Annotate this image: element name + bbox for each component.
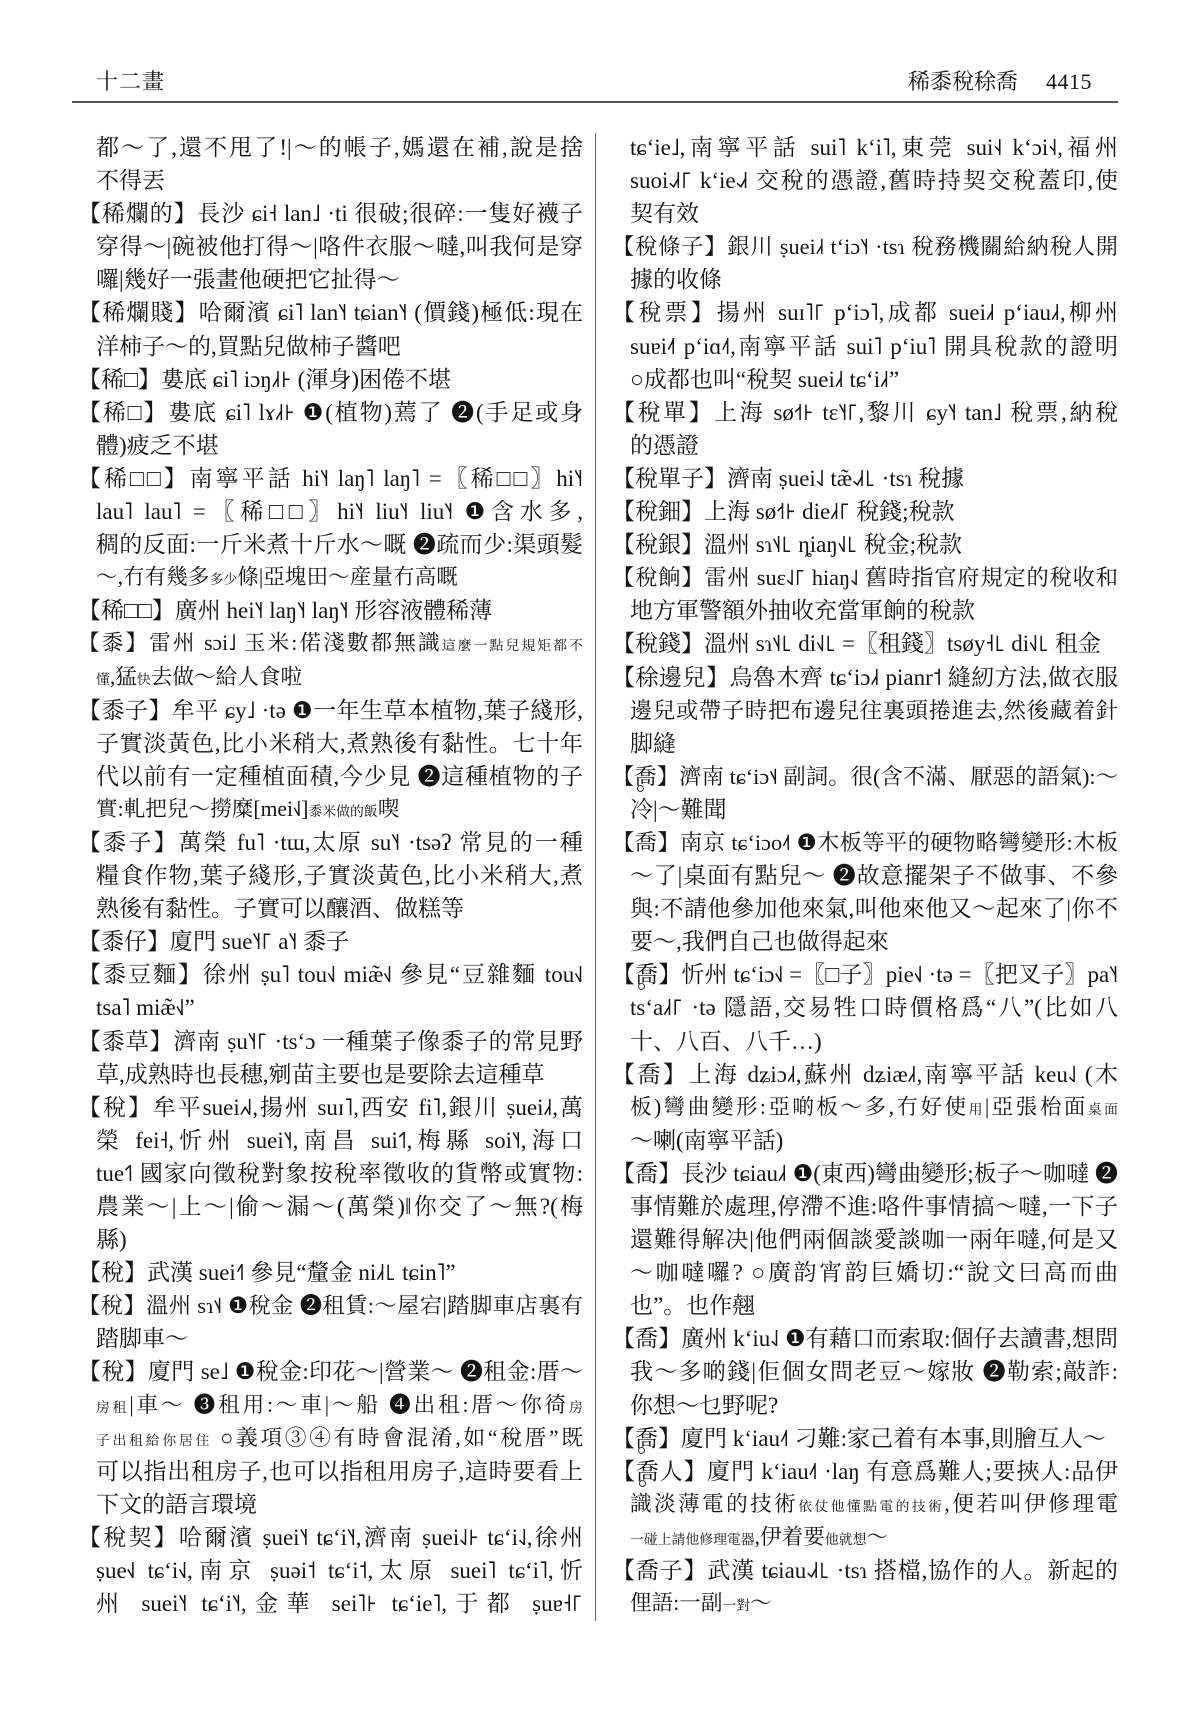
entry-text: 【稅鈿】上海 sø˧˦꜔ die˩˧꜒ 稅錢;稅款 bbox=[612, 499, 954, 524]
entry-text: 農業～|上～|偷～漏～(萬榮)‖你交了～無?(梅 bbox=[96, 1194, 583, 1219]
entry-text: 【稅票】揚州 suɪ˥꜒ pʻiɔ˥,成都 suei˩˧ pʻiau˩˧,柳州 bbox=[612, 300, 1118, 325]
entry-head-line: 【喬子】武漢 tɕiau˨˩˧꜖ ·tsɿ 搭檔,協作的人。新起的 bbox=[612, 1554, 1118, 1587]
entry-continuation-line: 房租|車～ ❸租用:～車|～船 ❹出租:厝～你徛房 bbox=[78, 1389, 583, 1422]
entry-head-line: 【喬】廈門 kʻiau˨˦ 刁難:家己着有本事,則膾互人～ bbox=[612, 1422, 1118, 1455]
entry-text: 【稅錢】溫州 sɿ˦˨꜖ di˧˩꜖ =〖租錢〗tsøy˧꜖ di˧˩꜖ 租金 bbox=[612, 631, 1101, 656]
entry-continuation-line: 也”。也作翹 bbox=[612, 1289, 1118, 1322]
gloss-text: 用 bbox=[969, 1102, 985, 1117]
entry-continuation-line: 都～了,還不甩了!|～的帳子,媽還在補,說是捨 bbox=[78, 131, 583, 164]
entry-head-line: 【喬】濟南 tɕʻiɔ˦˨ 副詞。很(含不滿、厭惡的語氣):～ bbox=[612, 760, 1118, 793]
entry-head-line: 【喬】上海 dʑiɔ˩˧,蘇州 dʑiæ˩˧,南寧平話 keu˨˩ (木 bbox=[612, 1058, 1118, 1091]
entry-text: 【稅餉】雷州 suɛ˨˩꜒ hiaŋ˨˩ 舊時指官府規定的稅收和 bbox=[612, 565, 1118, 590]
entry-text: 喫 bbox=[378, 797, 400, 821]
gloss-text: 依仗他懂點電的技術 bbox=[798, 1499, 944, 1514]
entry-text: tsa˥ miæ̃˧˩” bbox=[96, 995, 195, 1020]
entry-continuation-line: 縣) bbox=[78, 1223, 583, 1256]
entry-head-line: 【稀□□】廣州 hei˥˧ laŋ˥˧ laŋ˥˧ 形容液體稀薄 bbox=[78, 594, 583, 627]
headword-char-ring-mark: 喬 bbox=[634, 760, 656, 793]
entry-text: tɕʻie˩,南寧平話 sui˥ kʻi˥,東莞 sui˧˨ kʻɔi˧˨,福州 bbox=[630, 135, 1118, 160]
headword-char-ring-mark: 喬 bbox=[635, 958, 658, 991]
entry-continuation-line: 懂,猛快去做～給人食啦 bbox=[78, 661, 583, 694]
entry-text: 【喬】上海 dʑiɔ˩˧,蘇州 dʑiæ˩˧,南寧平話 keu˨˩ (木 bbox=[612, 1062, 1118, 1087]
entry-continuation-line: 可以指出租房子,也可以指租用房子,這時要看上 bbox=[78, 1455, 583, 1488]
entry-text: 囉|幾好一張畫他硬把它扯得～ bbox=[96, 267, 400, 292]
gloss-text: 一碰上請他修理電器 bbox=[630, 1532, 755, 1547]
entry-text: 識淡薄電的技術 bbox=[630, 1492, 798, 1516]
entry-text: 與:不請他參加他來氣,叫他來他又～起來了|你不 bbox=[630, 896, 1118, 921]
entry-text: tsʻa˩˧꜒ ·tə 隱語,交易牲口時價格爲“八”(比如八 bbox=[630, 995, 1118, 1020]
entry-continuation-line: 農業～|上～|偷～漏～(萬榮)‖你交了～無?(梅 bbox=[78, 1190, 583, 1223]
entry-text: 【稅銀】溫州 sɿ˦˨꜖ ȵiaŋ˧˩꜖ 稅金;稅款 bbox=[612, 532, 962, 557]
entry-text: 冷|～難聞 bbox=[630, 797, 727, 822]
entry-head-line: 【稌邊兒】烏魯木齊 tɕʻiɔ˩˧ pianr˦ 縫紉方法,做衣服 bbox=[612, 661, 1118, 694]
entry-continuation-line: ～,冇有幾多多少條|亞塊田～産量冇高嘅 bbox=[78, 561, 583, 594]
entry-text: |車～ ❸租用:～車|～船 ❹出租:厝～你徛 bbox=[129, 1393, 569, 1417]
entry-head-line: 【稅錢】溫州 sɿ˦˨꜖ di˧˩꜖ =〖租錢〗tsøy˧꜖ di˧˩꜖ 租金 bbox=[612, 627, 1118, 660]
entry-text: suoi˨˩˧꜒ kʻie˨˩˧ 交稅的憑證,舊時持契交稅蓋印,使 bbox=[630, 168, 1118, 193]
entry-text: ～ bbox=[750, 1591, 772, 1615]
entry-continuation-line: 冷|～難聞 bbox=[612, 793, 1118, 826]
entry-head-line: 【稅單子】濟南 ṣuei˨˩ tæ̃˨˩˧꜖ ·tsɿ 稅據 bbox=[612, 462, 1118, 495]
gloss-text: 懂 bbox=[96, 672, 110, 687]
running-header: 稀黍稅稌喬4415 bbox=[908, 67, 1092, 97]
entry-text: 【喬子】武漢 tɕiau˨˩˧꜖ ·tsɿ 搭檔,協作的人。新起的 bbox=[612, 1558, 1118, 1583]
entry-text: ṣue˧˩ tɕʻi˧˩,南京 ṣuəi˦ tɕʻi˦,太原 suei˥ tɕʻ… bbox=[96, 1558, 583, 1583]
header-rule bbox=[72, 101, 1118, 103]
entry-text: 稠的反面:一斤米煮十斤水～嘅 ❷疏而少:渠頭髮 bbox=[96, 532, 583, 557]
entry-head-line: 【黍】雷州 sɔi˩ 玉米:偌淺數都無識這麼一點兒規矩都不 bbox=[78, 627, 583, 660]
entry-head-line: 【稀□】婁底 ɕi˥ lɤ˩˧꜔ ❶(植物)蔫了 ❷(手足或身 bbox=[78, 396, 583, 429]
gloss-text: 桌面 bbox=[1088, 1102, 1118, 1117]
dictionary-page: 十二畫 稀黍稅稌喬4415 都～了,還不甩了!|～的帳子,媽還在補,說是捨不得丟… bbox=[0, 0, 1200, 1724]
entry-text: 下文的語言環境 bbox=[96, 1492, 257, 1517]
entry-continuation-line: ○成都也叫“稅契 suei˩˧ tɕʻi˩˧” bbox=[612, 363, 1118, 396]
entry-head-line: 【黍仔】廈門 sue˥˧꜒ a˥˧ 黍子 bbox=[78, 925, 583, 958]
entry-text: 實:軋把兒～撈糜[mei˧˩] bbox=[96, 797, 309, 821]
entry-head-line: 【黍子】萬榮 fu˥ ·tɯ,太原 su˥˧ ·tsəʔ 常見的一種 bbox=[78, 826, 583, 859]
entry-continuation-line: 我～多啲錢|佢個女問老豆～嫁妝 ❷勒索;敲詐: bbox=[612, 1355, 1118, 1388]
entry-text: ,便若叫伊修理電 bbox=[944, 1492, 1118, 1516]
page-number: 4415 bbox=[1046, 69, 1092, 94]
entry-text: 【 bbox=[612, 1459, 636, 1484]
entry-continuation-line: tue˦˥ 國家向徵稅對象按稅率徵收的貨幣或實物: bbox=[78, 1157, 583, 1190]
entry-text: ○義項③④有時會混淆,如“稅厝”既 bbox=[212, 1426, 583, 1450]
entry-continuation-line: 的憑證 bbox=[612, 429, 1118, 462]
entry-text: 【 bbox=[612, 962, 635, 987]
entry-continuation-line: 子出租給你居住 ○義項③④有時會混淆,如“稅厝”既 bbox=[78, 1422, 583, 1455]
gloss-text: 快 bbox=[137, 672, 151, 687]
entry-text: 我～多啲錢|佢個女問老豆～嫁妝 ❷勒索;敲詐: bbox=[630, 1359, 1118, 1384]
gloss-text: 黍米做的飯 bbox=[309, 804, 378, 819]
entry-text: 】廈門 kʻiau˨˦ 刁難:家己着有本事,則膾互人～ bbox=[658, 1426, 1106, 1451]
entry-text: tue˦˥ 國家向徵稅對象按稅率徵收的貨幣或實物: bbox=[96, 1161, 583, 1186]
entry-continuation-line: suoi˨˩˧꜒ kʻie˨˩˧ 交稅的憑證,舊時持契交稅蓋印,使 bbox=[612, 164, 1118, 197]
entry-text: 【稅】牟平suei˩˧˩,揚州 suɪ˥,西安 fi˥,銀川 ṣuei˩˧,萬 bbox=[78, 1095, 583, 1120]
entry-text: 【稅】武漢 suei˧˥ 參見“釐金 ni˩˧꜖ tɕin˥” bbox=[78, 1260, 456, 1285]
entry-head-line: 【喬】長沙 tɕiau˩˧ ❶(東西)彎曲變形;板子～咖噠 ❷ bbox=[612, 1157, 1118, 1190]
entry-text: 【稅單子】濟南 ṣuei˨˩ tæ̃˨˩˧꜖ ·tsɿ 稅據 bbox=[612, 466, 964, 491]
entry-head-line: 【稅鈿】上海 sø˧˦꜔ die˩˧꜒ 稅錢;稅款 bbox=[612, 495, 1118, 528]
entry-text: 人】廈門 kʻiau˨˦ ·laŋ 有意爲難人;要挾人:品伊 bbox=[659, 1459, 1118, 1484]
entry-continuation-line: ～了|桌面有點兒～ ❷故意擺架子不做事、不參 bbox=[612, 859, 1118, 892]
entry-text: 的憑證 bbox=[630, 433, 699, 458]
entry-head-line: 【稅餉】雷州 suɛ˨˩꜒ hiaŋ˨˩ 舊時指官府規定的稅收和 bbox=[612, 561, 1118, 594]
entry-text: 可以指出租房子,也可以指租用房子,這時要看上 bbox=[96, 1459, 583, 1484]
entry-continuation-line: lau˥ lau˥ =〖稀□□〗hi˥˧ liu˥˧ liu˥˧ ❶含水多, bbox=[78, 495, 583, 528]
entry-head-line: 【稅單】上海 sø˧˦꜔ tɛ˥˧꜒,黎川 ɕy˥˧ tan˩ 稅票,納稅 bbox=[612, 396, 1118, 429]
gloss-text: 房租 bbox=[96, 1400, 129, 1415]
entry-text: 去做～給人食啦 bbox=[151, 665, 302, 689]
entry-continuation-line: 據的收條 bbox=[612, 263, 1118, 296]
entry-text: 州 suei˥˧ tɕʻi˥˧,金華 sei˥꜔ tɕʻie˥,于都 ṣuɐ˧꜒ bbox=[96, 1591, 583, 1616]
right-column: tɕʻie˩,南寧平話 sui˥ kʻi˥,東莞 sui˧˨ kʻɔi˧˨,福州… bbox=[612, 131, 1118, 1620]
entry-head-line: 【黍豆麵】徐州 ṣu˥ tou˧˩ miæ̃˧˩ 參見“豆雜麵 tou˧˩ bbox=[78, 958, 583, 991]
entry-text: 【稀□□】廣州 hei˥˧ laŋ˥˧ laŋ˥˧ 形容液體稀薄 bbox=[78, 598, 492, 623]
entry-text: |亞張枱面 bbox=[985, 1095, 1088, 1119]
entry-continuation-line: 囉|幾好一張畫他硬把它扯得～ bbox=[78, 263, 583, 296]
entry-text: 邊兒或帶子時把布邊兒往裏頭捲進去,然後藏着針 bbox=[630, 698, 1118, 723]
gloss-text: 一對 bbox=[723, 1598, 751, 1613]
header-index-chars: 稀黍稅稌喬 bbox=[908, 69, 1018, 94]
entry-text: 【喬】長沙 tɕiau˩˧ ❶(東西)彎曲變形;板子～咖噠 ❷ bbox=[612, 1161, 1118, 1186]
gloss-text: 房 bbox=[569, 1400, 583, 1415]
gloss-text: 這麼一點兒規矩都不 bbox=[442, 638, 583, 653]
entry-text: 要～,我們自己也做得起來 bbox=[630, 929, 889, 954]
entry-continuation-line: tsa˥ miæ̃˧˩” bbox=[78, 991, 583, 1024]
entry-text: 【喬】廣州 kʻiu˨˩ ❶有藉口而索取:個仔去讀書,想問 bbox=[612, 1326, 1118, 1351]
entry-text: 契有效 bbox=[630, 201, 699, 226]
entry-continuation-line: 下文的語言環境 bbox=[78, 1488, 583, 1521]
entry-head-line: 【黍草】濟南 ṣu˥˧꜒ ·tsʻɔ 一種葉子像黍子的常見野 bbox=[78, 1025, 583, 1058]
entry-text: ,猛 bbox=[110, 665, 137, 689]
entry-continuation-line: 穿得～|碗被他打得～|咯件衣服～噠,叫我何是穿 bbox=[78, 230, 583, 263]
entry-text: 【黍豆麵】徐州 ṣu˥ tou˧˩ miæ̃˧˩ 參見“豆雜麵 tou˧˩ bbox=[78, 962, 583, 987]
headword-char-ring-mark: 喬 bbox=[635, 1422, 658, 1455]
entry-continuation-line: ～喇(南寧平話) bbox=[612, 1124, 1118, 1157]
entry-text: 不得丟 bbox=[96, 168, 165, 193]
entry-text: 體)疲乏不堪 bbox=[96, 433, 219, 458]
entry-continuation-line: 地方軍警額外抽收充當軍餉的稅款 bbox=[612, 594, 1118, 627]
entry-text: ○成都也叫“稅契 suei˩˧ tɕʻi˩˧” bbox=[630, 367, 899, 392]
entry-text: 【 bbox=[612, 764, 634, 789]
entry-text: 地方軍警額外抽收充當軍餉的稅款 bbox=[630, 598, 975, 623]
entry-text: 【稀爛的】長沙 ɕi˧ lan˩ ·ti 很破;很碎:一隻好襪子 bbox=[78, 201, 583, 226]
entry-text: 】濟南 tɕʻiɔ˦˨ 副詞。很(含不滿、厭惡的語氣):～ bbox=[657, 764, 1118, 789]
entry-text: ～喇(南寧平話) bbox=[630, 1128, 783, 1153]
entry-continuation-line: 俚語:一副一對～ bbox=[612, 1587, 1118, 1620]
entry-text: 【稀爛賤】哈爾濱 ɕi˥ lan˥˧ tɕian˥˧ (價錢)極低:現在 bbox=[78, 300, 583, 325]
entry-text: 【稌邊兒】烏魯木齊 tɕʻiɔ˩˧ pianr˦ 縫紉方法,做衣服 bbox=[612, 665, 1118, 690]
entry-text: 【 bbox=[612, 1426, 635, 1451]
entry-text: 】忻州 tɕʻiɔ˧˩ =〖□子〗pie˧˩ ·tə =〖把叉子〗pa˥˧ bbox=[658, 962, 1118, 987]
column-divider bbox=[595, 133, 596, 1621]
entry-continuation-line: 踏脚車～ bbox=[78, 1322, 583, 1355]
entry-continuation-line: 你想～乜野呢? bbox=[612, 1389, 1118, 1422]
entry-continuation-line: 榮 fei˧,忻州 suei˥˧,南昌 sui˦˥,梅縣 soi˥˧,海口 bbox=[78, 1124, 583, 1157]
entry-continuation-line: 代以前有一定種植面積,今少見 ❷這種植物的子 bbox=[78, 760, 583, 793]
entry-head-line: 【稀□□】南寧平話 hi˥˧ laŋ˥ laŋ˥ =〖稀□□〗hi˥˧ bbox=[78, 462, 583, 495]
entry-continuation-line: 邊兒或帶子時把布邊兒往裏頭捲進去,然後藏着針 bbox=[612, 694, 1118, 727]
gloss-text: 他就想 bbox=[825, 1532, 867, 1547]
entry-text: 踏脚車～ bbox=[96, 1326, 188, 1351]
entry-continuation-line: 草,成熟時也長穗,剜苗主要也是要除去這種草 bbox=[78, 1058, 583, 1091]
entry-head-line: 【稀爛的】長沙 ɕi˧ lan˩ ·ti 很破;很碎:一隻好襪子 bbox=[78, 197, 583, 230]
entry-text: 穿得～|碗被他打得～|咯件衣服～噠,叫我何是穿 bbox=[96, 234, 583, 259]
entry-text: 也”。也作翹 bbox=[630, 1293, 755, 1318]
entry-continuation-line: 脚縫 bbox=[612, 727, 1118, 760]
entry-text: 十、八百、八千…) bbox=[630, 1029, 822, 1054]
entry-continuation-line: 識淡薄電的技術依仗他懂點電的技術,便若叫伊修理電 bbox=[612, 1488, 1118, 1521]
entry-text: 【黍】雷州 sɔi˩ 玉米:偌淺數都無識 bbox=[78, 631, 442, 655]
entry-continuation-line: 與:不請他參加他來氣,叫他來他又～起來了|你不 bbox=[612, 892, 1118, 925]
entry-continuation-line: 體)疲乏不堪 bbox=[78, 429, 583, 462]
entry-continuation-line: 要～,我們自己也做得起來 bbox=[612, 925, 1118, 958]
entry-text: 洋柿子～的,買點兒做柿子醬吧 bbox=[96, 334, 401, 359]
entry-continuation-line: ～咖噠囉? ○廣韵宵韵巨嬌切:“說文曰高而曲 bbox=[612, 1256, 1118, 1289]
entry-text: 脚縫 bbox=[630, 731, 676, 756]
entry-text: 子實淡黃色,比小米稍大,煮熟後有黏性。七十年 bbox=[96, 731, 583, 756]
entry-head-line: 【喬】南京 tɕʻiɔo˨˦ ❶木板等平的硬物略彎變形:木板 bbox=[612, 826, 1118, 859]
entry-text: 熟後有黏性。子實可以釀酒、做糕等 bbox=[96, 896, 464, 921]
entry-head-line: 【稅】牟平suei˩˧˩,揚州 suɪ˥,西安 fi˥,銀川 ṣuei˩˧,萬 bbox=[78, 1091, 583, 1124]
entry-text: 條|亞塊田～産量冇高嘅 bbox=[237, 565, 458, 589]
entry-text: 【稅條子】銀川 ṣuei˩˧ tʻiɔ˥˧ ·tsɿ 稅務機關給納稅人開 bbox=[612, 234, 1118, 259]
entry-text: 板)彎曲變形:亞啲板～多,冇好使 bbox=[630, 1095, 969, 1119]
entry-head-line: 【稅契】哈爾濱 ṣuei˥˧ tɕʻi˥˧,濟南 ṣuei˨˩꜔ tɕʻi˨˩,… bbox=[78, 1521, 583, 1554]
entry-head-line: 【喬】忻州 tɕʻiɔ˧˩ =〖□子〗pie˧˩ ·tə =〖把叉子〗pa˥˧ bbox=[612, 958, 1118, 991]
entry-continuation-line: 十、八百、八千…) bbox=[612, 1025, 1118, 1058]
entry-continuation-line: 州 suei˥˧ tɕʻi˥˧,金華 sei˥꜔ tɕʻie˥,于都 ṣuɐ˧꜒ bbox=[78, 1587, 583, 1620]
entry-continuation-line: 熟後有黏性。子實可以釀酒、做糕等 bbox=[78, 892, 583, 925]
entry-text: 【喬】南京 tɕʻiɔo˨˦ ❶木板等平的硬物略彎變形:木板 bbox=[612, 830, 1118, 855]
entry-head-line: 【稀□】婁底 ɕi˥ iɔŋ˩˧꜔ (渾身)困倦不堪 bbox=[78, 363, 583, 396]
entry-text: 草,成熟時也長穗,剜苗主要也是要除去這種草 bbox=[96, 1062, 545, 1087]
entry-head-line: 【稅】溫州 sɿ˦˨ ❶稅金 ❷租賃:～屋宕|踏脚車店裏有 bbox=[78, 1289, 583, 1322]
entry-text: ～ bbox=[866, 1525, 888, 1549]
entry-text: 【黍子】萬榮 fu˥ ·tɯ,太原 su˥˧ ·tsəʔ 常見的一種 bbox=[78, 830, 583, 855]
entry-continuation-line: 板)彎曲變形:亞啲板～多,冇好使用|亞張枱面桌面 bbox=[612, 1091, 1118, 1124]
entry-text: ～了|桌面有點兒～ ❷故意擺架子不做事、不參 bbox=[630, 863, 1118, 888]
entry-text: 【稅單】上海 sø˧˦꜔ tɛ˥˧꜒,黎川 ɕy˥˧ tan˩ 稅票,納稅 bbox=[612, 400, 1118, 425]
entry-continuation-line: 洋柿子～的,買點兒做柿子醬吧 bbox=[78, 330, 583, 363]
entry-continuation-line: 子實淡黃色,比小米稍大,煮熟後有黏性。七十年 bbox=[78, 727, 583, 760]
entry-continuation-line: 不得丟 bbox=[78, 164, 583, 197]
entry-text: 縣) bbox=[96, 1227, 127, 1252]
entry-continuation-line: suɐi˨˦ pʻiɑ˨˦,南寧平話 sui˥ pʻiu˥ 開具稅款的證明 bbox=[612, 330, 1118, 363]
entry-text: 【黍草】濟南 ṣu˥˧꜒ ·tsʻɔ 一種葉子像黍子的常見野 bbox=[78, 1029, 583, 1054]
gloss-text: 多少 bbox=[210, 572, 238, 587]
entry-text: 【黍子】牟平 ɕy˩ ·tə ❶一年生草本植物,葉子綫形, bbox=[78, 698, 583, 723]
entry-text: ～咖噠囉? ○廣韵宵韵巨嬌切:“說文曰高而曲 bbox=[630, 1260, 1118, 1285]
entry-head-line: 【喬】廣州 kʻiu˨˩ ❶有藉口而索取:個仔去讀書,想問 bbox=[612, 1322, 1118, 1355]
entry-text: 【稀□】婁底 ɕi˥ iɔŋ˩˧꜔ (渾身)困倦不堪 bbox=[78, 367, 451, 392]
entry-text: 糧食作物,葉子綫形,子實淡黃色,比小米稍大,煮 bbox=[96, 863, 583, 888]
entry-head-line: 【稅】武漢 suei˧˥ 參見“釐金 ni˩˧꜖ tɕin˥” bbox=[78, 1256, 583, 1289]
entry-text: 【稅契】哈爾濱 ṣuei˥˧ tɕʻi˥˧,濟南 ṣuei˨˩꜔ tɕʻi˨˩,… bbox=[78, 1525, 583, 1550]
entry-head-line: 【稅條子】銀川 ṣuei˩˧ tʻiɔ˥˧ ·tsɿ 稅務機關給納稅人開 bbox=[612, 230, 1118, 263]
entry-continuation-line: 實:軋把兒～撈糜[mei˧˩]黍米做的飯喫 bbox=[78, 793, 583, 826]
entry-continuation-line: 糧食作物,葉子綫形,子實淡黃色,比小米稍大,煮 bbox=[78, 859, 583, 892]
entry-text: 俚語:一副 bbox=[630, 1591, 723, 1615]
section-label: 十二畫 bbox=[96, 67, 165, 97]
entry-continuation-line: tsʻa˩˧꜒ ·tə 隱語,交易牲口時價格爲“八”(比如八 bbox=[612, 991, 1118, 1024]
entry-text: suɐi˨˦ pʻiɑ˨˦,南寧平話 sui˥ pʻiu˥ 開具稅款的證明 bbox=[630, 334, 1118, 359]
entry-text: 你想～乜野呢? bbox=[630, 1393, 778, 1418]
entry-text: 據的收條 bbox=[630, 267, 722, 292]
entry-head-line: 【稅銀】溫州 sɿ˦˨꜖ ȵiaŋ˧˩꜖ 稅金;稅款 bbox=[612, 528, 1118, 561]
entry-text: 事情難於處理,停滯不進:咯件事情搞～噠,一下子 bbox=[630, 1194, 1118, 1219]
entry-text: ～,冇有幾多 bbox=[96, 565, 210, 589]
entry-continuation-line: 契有效 bbox=[612, 197, 1118, 230]
entry-text: 【稀□】婁底 ɕi˥ lɤ˩˧꜔ ❶(植物)蔫了 ❷(手足或身 bbox=[78, 400, 583, 425]
entry-head-line: 【稅】廈門 se˩ ❶稅金:印花～|營業～ ❷租金:厝～ bbox=[78, 1355, 583, 1388]
left-column: 都～了,還不甩了!|～的帳子,媽還在補,說是捨不得丟【稀爛的】長沙 ɕi˧ la… bbox=[78, 131, 583, 1620]
entry-continuation-line: 還難得解决|他們兩個談愛談咖一兩年噠,何是又 bbox=[612, 1223, 1118, 1256]
entry-text: 【稅】溫州 sɿ˦˨ ❶稅金 ❷租賃:～屋宕|踏脚車店裏有 bbox=[78, 1293, 583, 1318]
entry-head-line: 【稅票】揚州 suɪ˥꜒ pʻiɔ˥,成都 suei˩˧ pʻiau˩˧,柳州 bbox=[612, 296, 1118, 329]
entry-continuation-line: 事情難於處理,停滯不進:咯件事情搞～噠,一下子 bbox=[612, 1190, 1118, 1223]
entry-continuation-line: tɕʻie˩,南寧平話 sui˥ kʻi˥,東莞 sui˧˨ kʻɔi˧˨,福州 bbox=[612, 131, 1118, 164]
entry-continuation-line: ṣue˧˩ tɕʻi˧˩,南京 ṣuəi˦ tɕʻi˦,太原 suei˥ tɕʻ… bbox=[78, 1554, 583, 1587]
entry-text: 都～了,還不甩了!|～的帳子,媽還在補,說是捨 bbox=[96, 135, 583, 160]
entry-text: ,伊着要 bbox=[755, 1525, 825, 1549]
entry-head-line: 【黍子】牟平 ɕy˩ ·tə ❶一年生草本植物,葉子綫形, bbox=[78, 694, 583, 727]
entry-text: 榮 fei˧,忻州 suei˥˧,南昌 sui˦˥,梅縣 soi˥˧,海口 bbox=[96, 1128, 583, 1153]
entry-head-line: 【稀爛賤】哈爾濱 ɕi˥ lan˥˧ tɕian˥˧ (價錢)極低:現在 bbox=[78, 296, 583, 329]
entry-text: 【黍仔】廈門 sue˥˧꜒ a˥˧ 黍子 bbox=[78, 929, 349, 954]
entry-continuation-line: 稠的反面:一斤米煮十斤水～嘅 ❷疏而少:渠頭髮 bbox=[78, 528, 583, 561]
entry-text: 還難得解决|他們兩個談愛談咖一兩年噠,何是又 bbox=[630, 1227, 1118, 1252]
entry-text: 【稀□□】南寧平話 hi˥˧ laŋ˥ laŋ˥ =〖稀□□〗hi˥˧ bbox=[78, 466, 583, 491]
entry-text: 代以前有一定種植面積,今少見 ❷這種植物的子 bbox=[96, 764, 583, 789]
entry-text: 【稅】廈門 se˩ ❶稅金:印花～|營業～ ❷租金:厝～ bbox=[78, 1359, 583, 1384]
entry-text: lau˥ lau˥ =〖稀□□〗hi˥˧ liu˥˧ liu˥˧ ❶含水多, bbox=[96, 499, 583, 524]
entry-continuation-line: 一碰上請他修理電器,伊着要他就想～ bbox=[612, 1521, 1118, 1554]
gloss-text: 子出租給你居住 bbox=[96, 1433, 212, 1448]
entry-head-line: 【喬人】廈門 kʻiau˨˦ ·laŋ 有意爲難人;要挾人:品伊 bbox=[612, 1455, 1118, 1488]
headword-char-ring-mark: 喬 bbox=[636, 1455, 659, 1488]
